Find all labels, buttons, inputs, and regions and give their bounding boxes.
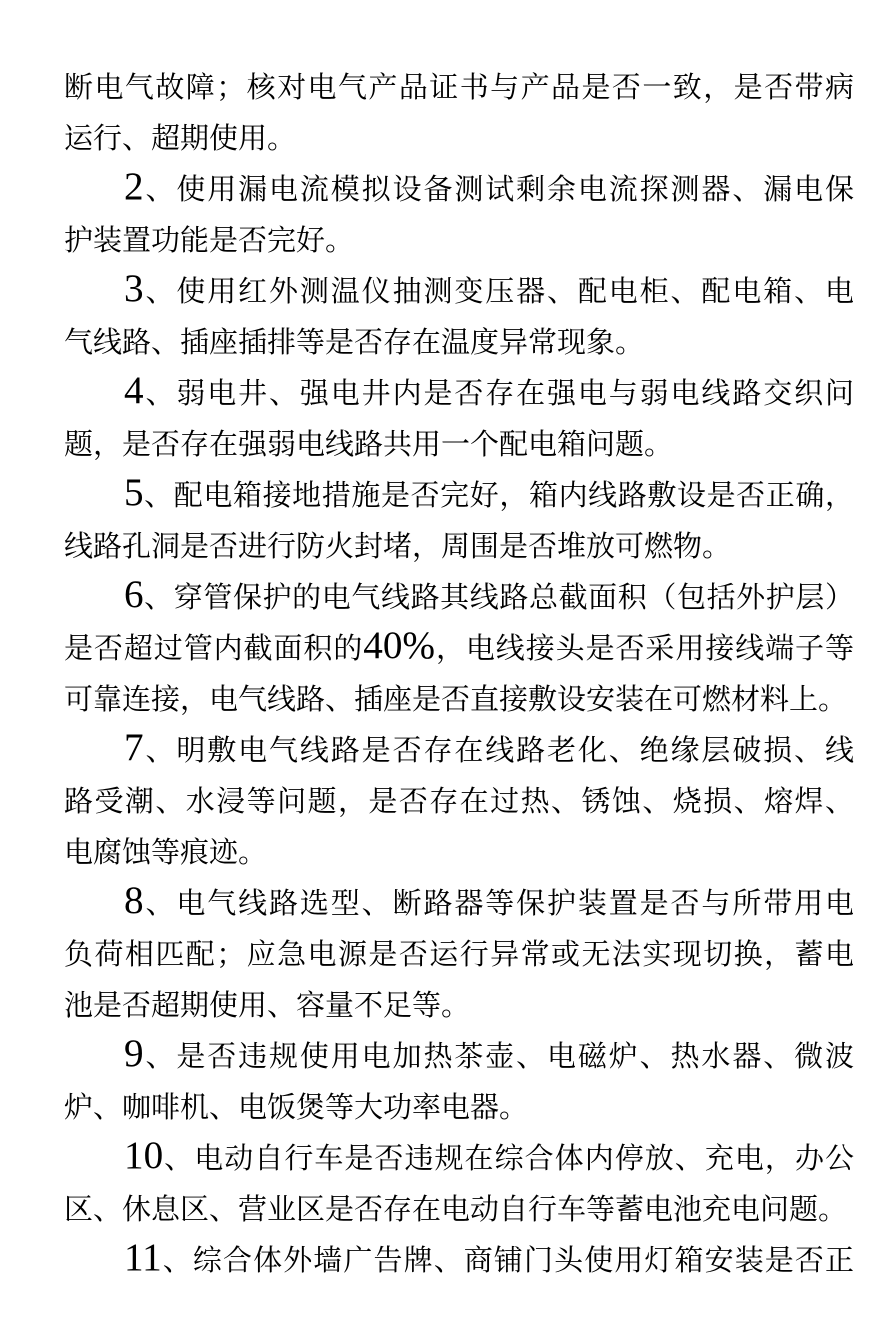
latin-numeral: 2	[124, 165, 144, 208]
latin-numeral: 5	[124, 471, 144, 514]
paragraph: 2、使用漏电流模拟设备测试剩余电流探测器、漏电保护装置功能是否完好。	[64, 164, 854, 266]
paragraph: 3、使用红外测温仪抽测变压器、配电柜、配电箱、电气线路、插座插排等是否存在温度异…	[64, 266, 854, 368]
paragraph: 8、电气线路选型、断路器等保护装置是否与所带用电负荷相匹配；应急电源是否运行异常…	[64, 878, 854, 1031]
paragraph: 11、综合体外墙广告牌、商铺门头使用灯箱安装是否正	[64, 1235, 854, 1286]
paragraph: 7、明敷电气线路是否存在线路老化、绝缘层破损、线路受潮、水浸等问题，是否存在过热…	[64, 725, 854, 878]
text-line: 电腐蚀等痕迹。	[64, 827, 854, 878]
text-line: 负荷相匹配；应急电源是否运行异常或无法实现切换，蓄电	[64, 929, 854, 980]
text-line: 2、使用漏电流模拟设备测试剩余电流探测器、漏电保	[64, 164, 854, 215]
text-line: 运行、超期使用。	[64, 113, 854, 164]
text-line: 池是否超期使用、容量不足等。	[64, 980, 854, 1031]
text-line: 路受潮、水浸等问题，是否存在过热、锈蚀、烧损、熔焊、	[64, 776, 854, 827]
latin-numeral: 10	[124, 1134, 163, 1177]
latin-numeral: 9	[124, 1032, 144, 1075]
text-line: 5、配电箱接地措施是否完好，箱内线路敷设是否正确，	[64, 470, 854, 521]
text-line: 是否超过管内截面积的40%，电线接头是否采用接线端子等	[64, 623, 854, 674]
paragraph: 5、配电箱接地措施是否完好，箱内线路敷设是否正确，线路孔洞是否进行防火封堵，周围…	[64, 470, 854, 572]
text-line: 可靠连接，电气线路、插座是否直接敷设安装在可燃材料上。	[64, 674, 854, 725]
paragraph: 6、穿管保护的电气线路其线路总截面积（包括外护层）是否超过管内截面积的40%，电…	[64, 572, 854, 725]
text-line: 9、是否违规使用电加热茶壶、电磁炉、热水器、微波	[64, 1031, 854, 1082]
text-line: 10、电动自行车是否违规在综合体内停放、充电，办公	[64, 1133, 854, 1184]
latin-numeral: 40%	[363, 624, 435, 667]
text-line: 6、穿管保护的电气线路其线路总截面积（包括外护层）	[64, 572, 854, 623]
document-page: 断电气故障；核对电气产品证书与产品是否一致，是否带病运行、超期使用。2、使用漏电…	[0, 0, 889, 1334]
paragraph: 9、是否违规使用电加热茶壶、电磁炉、热水器、微波炉、咖啡机、电饭煲等大功率电器。	[64, 1031, 854, 1133]
text-line: 气线路、插座插排等是否存在温度异常现象。	[64, 317, 854, 368]
text-line: 炉、咖啡机、电饭煲等大功率电器。	[64, 1082, 854, 1133]
latin-numeral: 8	[124, 879, 144, 922]
text-line: 4、弱电井、强电井内是否存在强电与弱电线路交织问	[64, 368, 854, 419]
text-line: 线路孔洞是否进行防火封堵，周围是否堆放可燃物。	[64, 521, 854, 572]
latin-numeral: 7	[124, 726, 144, 769]
paragraph: 断电气故障；核对电气产品证书与产品是否一致，是否带病运行、超期使用。	[64, 62, 854, 164]
latin-numeral: 4	[124, 369, 144, 412]
latin-numeral: 11	[124, 1236, 162, 1279]
text-line: 护装置功能是否完好。	[64, 215, 854, 266]
paragraph: 4、弱电井、强电井内是否存在强电与弱电线路交织问题，是否存在强弱电线路共用一个配…	[64, 368, 854, 470]
text-line: 3、使用红外测温仪抽测变压器、配电柜、配电箱、电	[64, 266, 854, 317]
text-line: 区、休息区、营业区是否存在电动自行车等蓄电池充电问题。	[64, 1184, 854, 1235]
latin-numeral: 3	[124, 267, 144, 310]
text-line: 8、电气线路选型、断路器等保护装置是否与所带用电	[64, 878, 854, 929]
document-body: 断电气故障；核对电气产品证书与产品是否一致，是否带病运行、超期使用。2、使用漏电…	[64, 62, 854, 1286]
text-line: 断电气故障；核对电气产品证书与产品是否一致，是否带病	[64, 62, 854, 113]
text-line: 7、明敷电气线路是否存在线路老化、绝缘层破损、线	[64, 725, 854, 776]
paragraph: 10、电动自行车是否违规在综合体内停放、充电，办公区、休息区、营业区是否存在电动…	[64, 1133, 854, 1235]
text-line: 11、综合体外墙广告牌、商铺门头使用灯箱安装是否正	[64, 1235, 854, 1286]
text-line: 题，是否存在强弱电线路共用一个配电箱问题。	[64, 419, 854, 470]
latin-numeral: 6	[124, 573, 144, 616]
